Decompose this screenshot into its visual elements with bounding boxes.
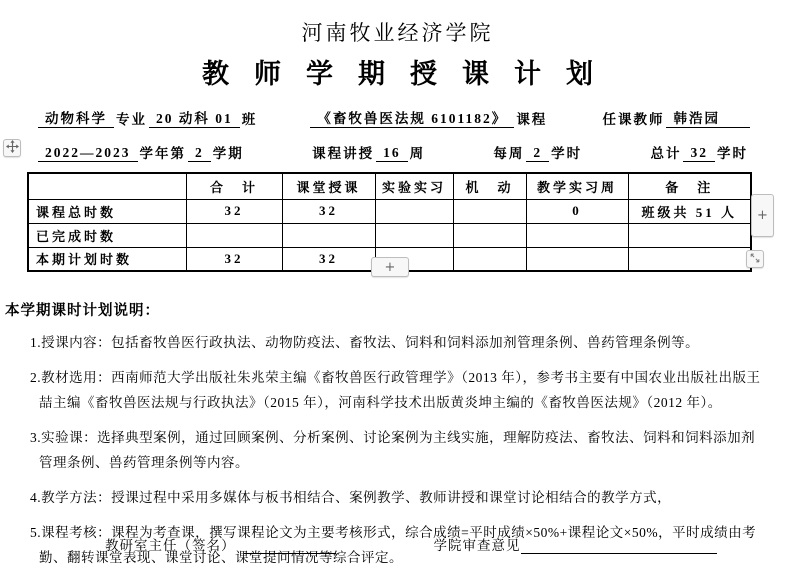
review-opinion-line: [521, 538, 717, 554]
cell-planned-sum: 32: [186, 247, 282, 271]
cell-completed-practice: [526, 223, 628, 247]
plus-icon: +: [385, 261, 396, 274]
lecture-weeks-value: 16: [376, 145, 408, 162]
cell-completed-experiment: [375, 223, 453, 247]
cell-completed-lecture: [282, 223, 375, 247]
cell-planned-lecture: 32: [282, 247, 375, 271]
notes-heading: 本学期课时计划说明：: [5, 299, 795, 320]
insert-column-button[interactable]: +: [751, 194, 774, 237]
review-opinion-label: 学院审查意见: [434, 534, 521, 554]
school-title: 河南牧业经济学院: [0, 17, 795, 47]
info-line-2: 2022—2023 学年第 2 学期 课程讲授 16 周 每周 2 学时 总计 …: [38, 142, 750, 162]
class-label: 班: [240, 108, 260, 128]
per-week-value: 2: [526, 145, 549, 162]
cell-completed-flexible: [453, 223, 526, 247]
header-remark: 备 注: [628, 173, 751, 199]
table-row: 课程总时数 32 32 0 班级共 51 人: [28, 199, 751, 223]
info-line-1: 动物科学 专业 20 动科 01 班 《畜牧兽医法规 6101182》 课程 任…: [38, 107, 750, 128]
cell-course-total-flexible: [453, 199, 526, 223]
header-blank: [28, 173, 186, 199]
weeks-unit: 周: [408, 142, 428, 162]
table-header-row: 合 计 课堂授课 实验实习 机 动 教学实习周 备 注: [28, 173, 751, 199]
move-icon: [6, 140, 19, 156]
page-title: 教师学期授课计划: [0, 52, 795, 91]
cell-course-total-lecture: 32: [282, 199, 375, 223]
insert-row-button[interactable]: +: [371, 257, 409, 277]
director-signature-label: 教研室主任（签名）: [105, 534, 236, 554]
header-total: 合 计: [186, 173, 282, 199]
director-signature-line: [244, 538, 336, 554]
major-value: 动物科学: [38, 107, 114, 128]
row-label-completed: 已完成时数: [28, 223, 186, 247]
cell-planned-practice: [526, 247, 628, 271]
row-label-course-total: 课程总时数: [28, 199, 186, 223]
cell-course-total-sum: 32: [186, 199, 282, 223]
table-row: 已完成时数: [28, 223, 751, 247]
term-value: 2: [188, 145, 211, 162]
cell-planned-flexible: [453, 247, 526, 271]
row-label-planned: 本期计划时数: [28, 247, 186, 271]
per-week-label: 每周: [491, 142, 526, 162]
cell-course-total-experiment: [375, 199, 453, 223]
teacher-value: 韩浩园: [666, 107, 750, 128]
major-label: 专业: [114, 108, 149, 128]
header-experiment: 实验实习: [375, 173, 453, 199]
note-item-4: 4.教学方法：授课过程中采用多媒体与板书相结合、案例教学、教师讲授和课堂讨论相结…: [30, 485, 763, 510]
course-value: 《畜牧兽医法规 6101182》: [310, 107, 514, 128]
school-year-value: 2022—2023: [38, 145, 138, 162]
header-flexible: 机 动: [453, 173, 526, 199]
total-hours-value: 32: [683, 145, 715, 162]
note-item-1: 1.授课内容：包括畜牧兽医行政执法、动物防疫法、畜牧法、饲料和饲料添加剂管理条例…: [30, 330, 763, 355]
table-resize-handle[interactable]: [746, 250, 764, 268]
cell-course-total-remark: 班级共 51 人: [628, 199, 751, 223]
header-practice-week: 教学实习周: [526, 173, 628, 199]
signature-row: 教研室主任（签名） 学院审查意见: [0, 534, 795, 554]
plus-icon: +: [757, 209, 768, 222]
cell-completed-remark: [628, 223, 751, 247]
course-label: 课程: [514, 108, 549, 128]
teacher-label: 任课教师: [600, 108, 666, 128]
table-move-handle[interactable]: [3, 139, 21, 157]
cell-completed-sum: [186, 223, 282, 247]
header-lecture: 课堂授课: [282, 173, 375, 199]
note-item-2: 2.教材选用：西南师范大学出版社朱兆荣主编《畜牧兽医行政管理学》（2013 年）…: [30, 365, 763, 415]
term-label: 学期: [211, 142, 246, 162]
resize-icon: [749, 252, 761, 267]
cell-course-total-practice: 0: [526, 199, 628, 223]
cell-planned-remark: [628, 247, 751, 271]
total-hours-unit: 学时: [715, 142, 750, 162]
per-week-unit: 学时: [549, 142, 584, 162]
total-hours-label: 总计: [648, 142, 683, 162]
class-value: 20 动科 01: [149, 107, 240, 128]
note-item-3: 3.实验课：选择典型案例，通过回顾案例、分析案例、讨论案例为主线实施，理解防疫法…: [30, 425, 763, 475]
lecture-weeks-label: 课程讲授: [310, 142, 376, 162]
school-year-label: 学年第: [138, 142, 189, 162]
